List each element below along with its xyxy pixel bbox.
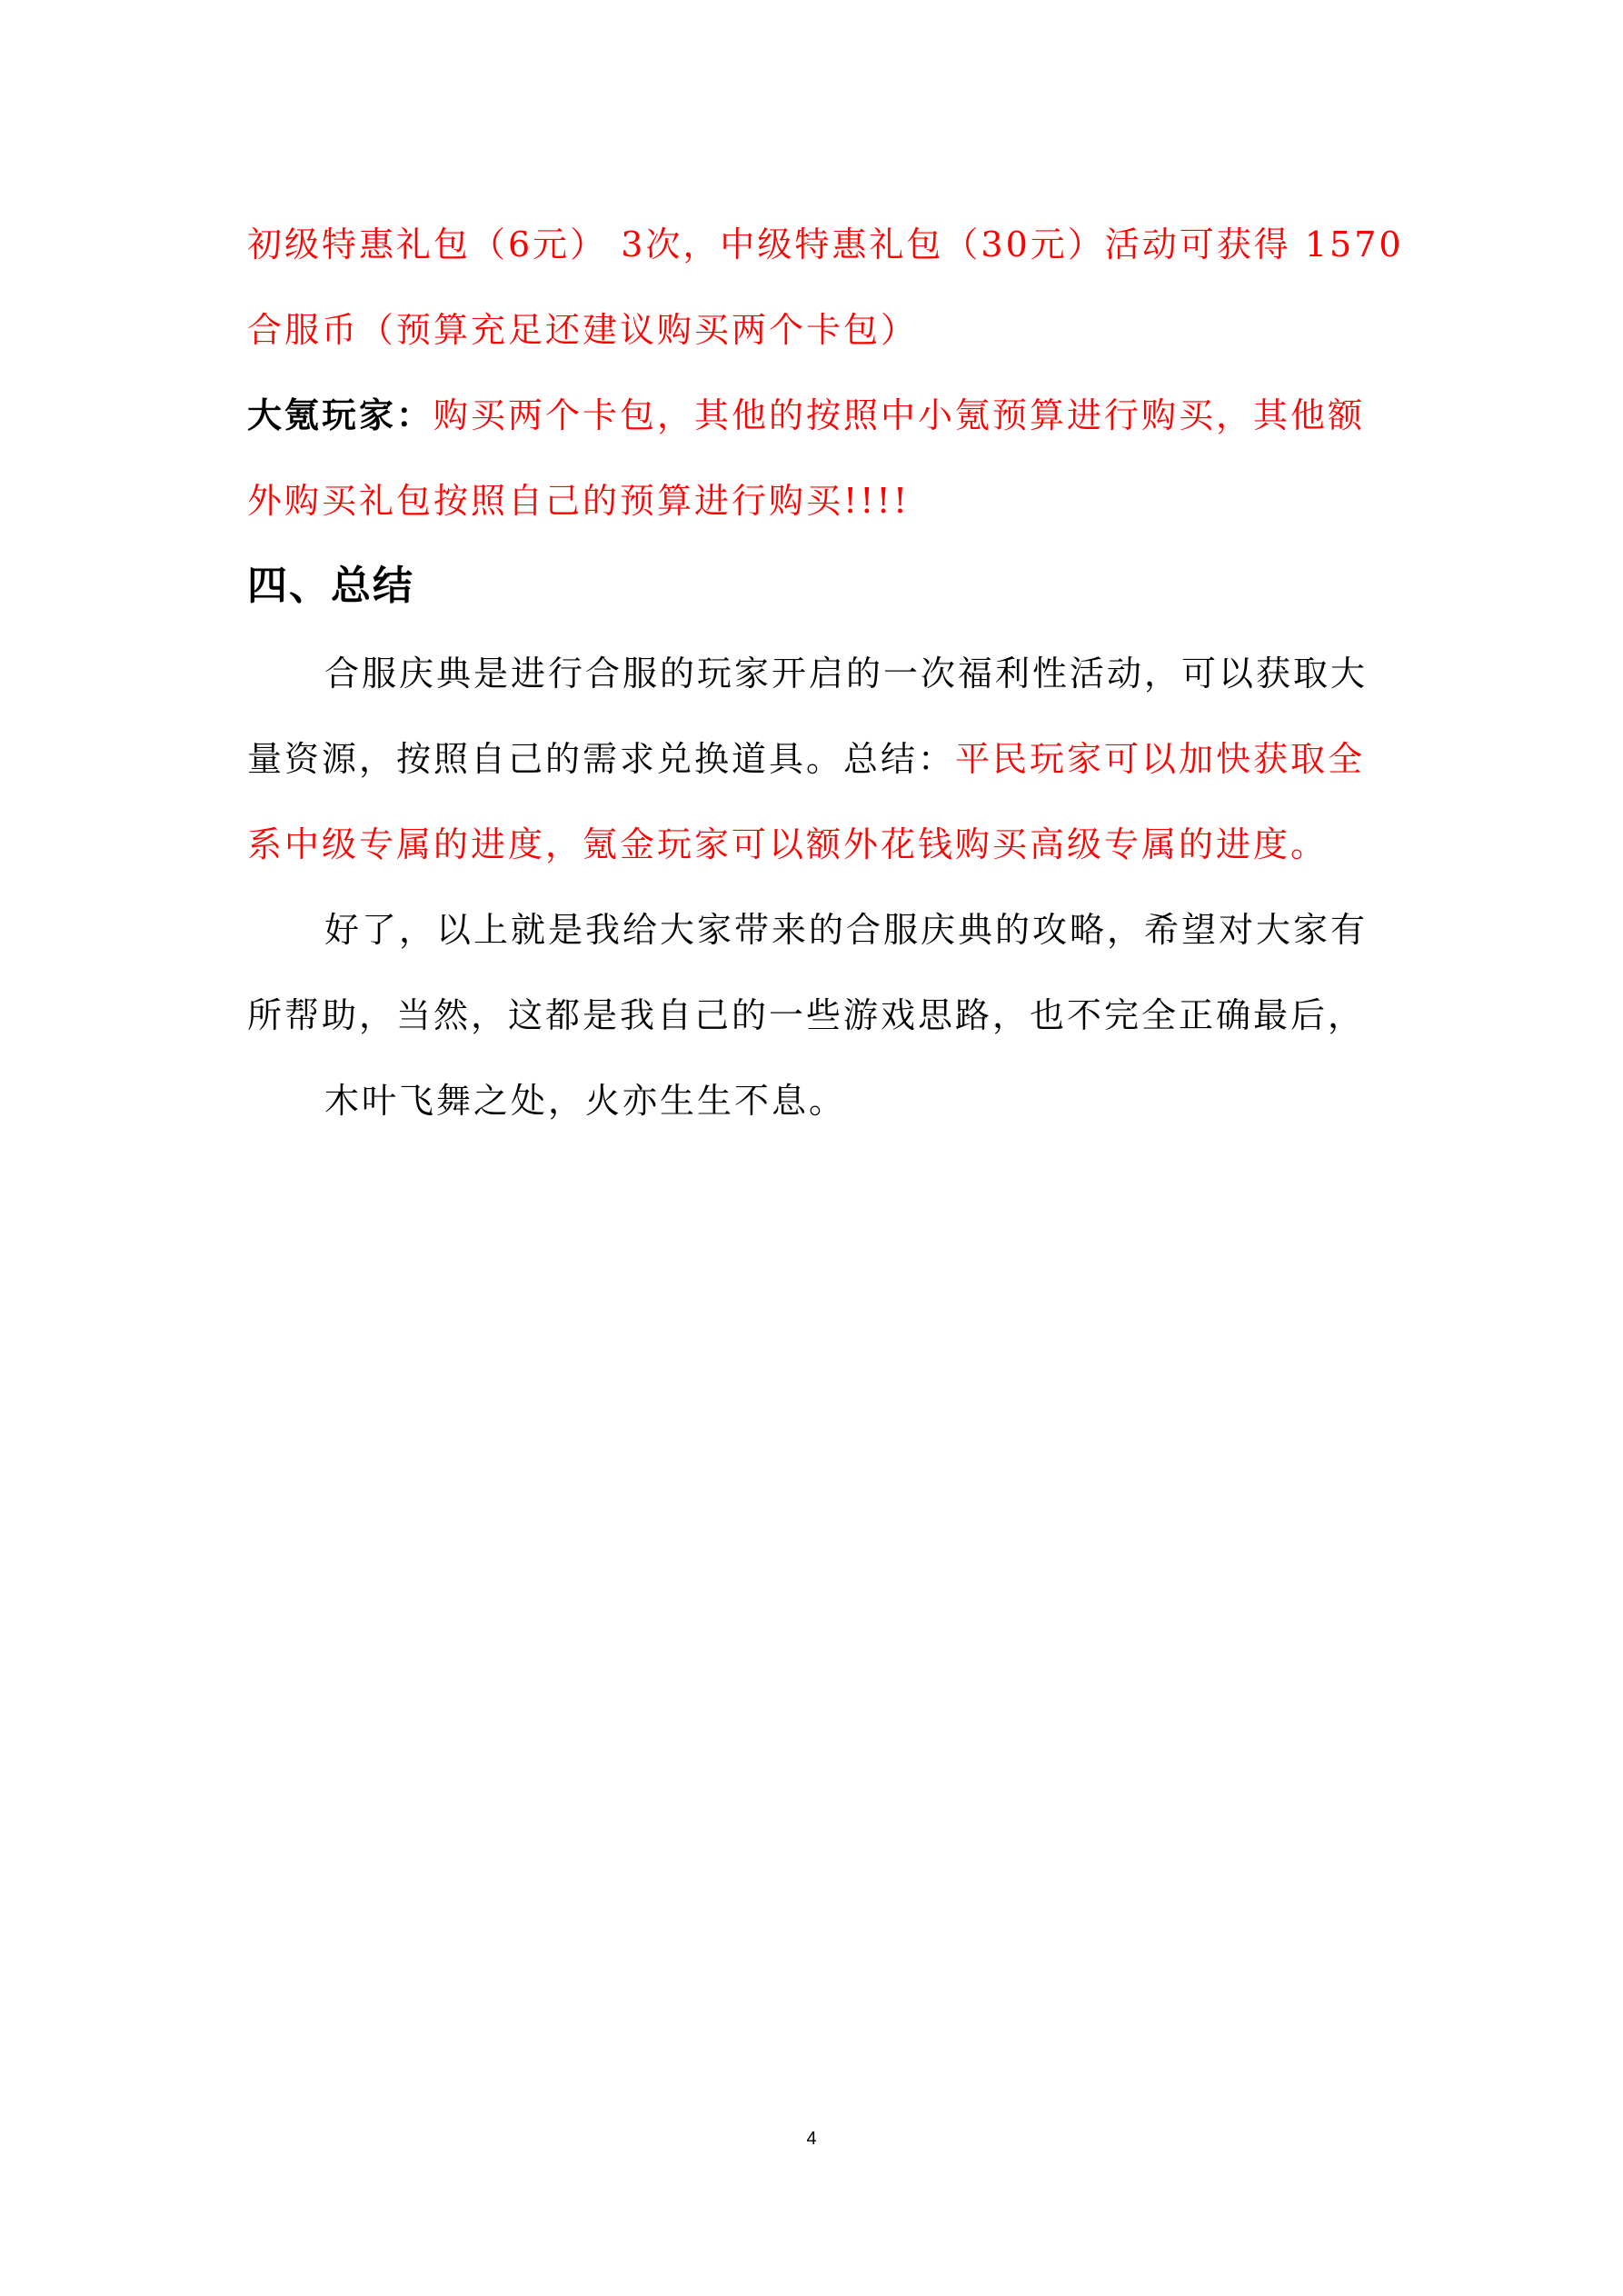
text-line-merge-coins: 合服币（预算充足还建议购买两个卡包） [247, 287, 1419, 373]
text-line-big-spender: 大氪玩家：购买两个卡包，其他的按照中小氪预算进行购买，其他额 [247, 373, 1419, 458]
section-heading-summary: 四、总结 [247, 544, 1419, 631]
summary-line-2: 量资源，按照自己的需求兑换道具。总结：平民玩家可以加快获取全 [247, 716, 1419, 802]
closing-text-1: 好了，以上就是我给大家带来的合服庆典的攻略，希望对大家有 [324, 910, 1368, 950]
summary-text-3: 系中级专属的进度，氪金玩家可以额外花钱购买高级专属的进度。 [247, 824, 1328, 864]
summary-text-2-black: 量资源，按照自己的需求兑换道具。总结： [247, 739, 955, 779]
text-line-gift-packs: 初级特惠礼包（6元） 3次，中级特惠礼包（30元）活动可获得 1570 [247, 202, 1419, 287]
page-number: 4 [0, 2129, 1623, 2150]
summary-line-1: 合服庆典是进行合服的玩家开启的一次福利性活动，可以获取大 [247, 631, 1419, 716]
closing-line-1: 好了，以上就是我给大家带来的合服庆典的攻略，希望对大家有 [247, 887, 1419, 973]
big-spender-label: 大氪玩家： [247, 395, 433, 435]
page-content: 初级特惠礼包（6元） 3次，中级特惠礼包（30元）活动可获得 1570 合服币（… [247, 202, 1419, 1143]
final-text: 木叶飞舞之处，火亦生生不息。 [324, 1081, 846, 1121]
summary-text-2-red: 平民玩家可以加快获取全 [955, 739, 1365, 779]
gift-packs-text: 初级特惠礼包（6元） 3次，中级特惠礼包（30元）活动可获得 1570 [247, 225, 1404, 265]
document-page: 初级特惠礼包（6元） 3次，中级特惠礼包（30元）活动可获得 1570 合服币（… [0, 0, 1623, 2296]
big-spender-advice: 购买两个卡包，其他的按照中小氪预算进行购买，其他额 [433, 395, 1365, 435]
final-line: 木叶飞舞之处，火亦生生不息。 [247, 1058, 1419, 1143]
extra-purchase-text: 外购买礼包按照自己的预算进行购买!!!! [247, 481, 910, 521]
closing-line-2: 所帮助，当然，这都是我自己的一些游戏思路，也不完全正确最后， [247, 973, 1419, 1058]
summary-text-1: 合服庆典是进行合服的玩家开启的一次福利性活动，可以获取大 [324, 654, 1368, 694]
text-line-extra-purchase: 外购买礼包按照自己的预算进行购买!!!! [247, 458, 1419, 544]
summary-line-3: 系中级专属的进度，氪金玩家可以额外花钱购买高级专属的进度。 [247, 802, 1419, 887]
merge-coins-text: 合服币（预算充足还建议购买两个卡包） [247, 310, 918, 350]
closing-text-2: 所帮助，当然，这都是我自己的一些游戏思路，也不完全正确最后， [247, 995, 1365, 1035]
